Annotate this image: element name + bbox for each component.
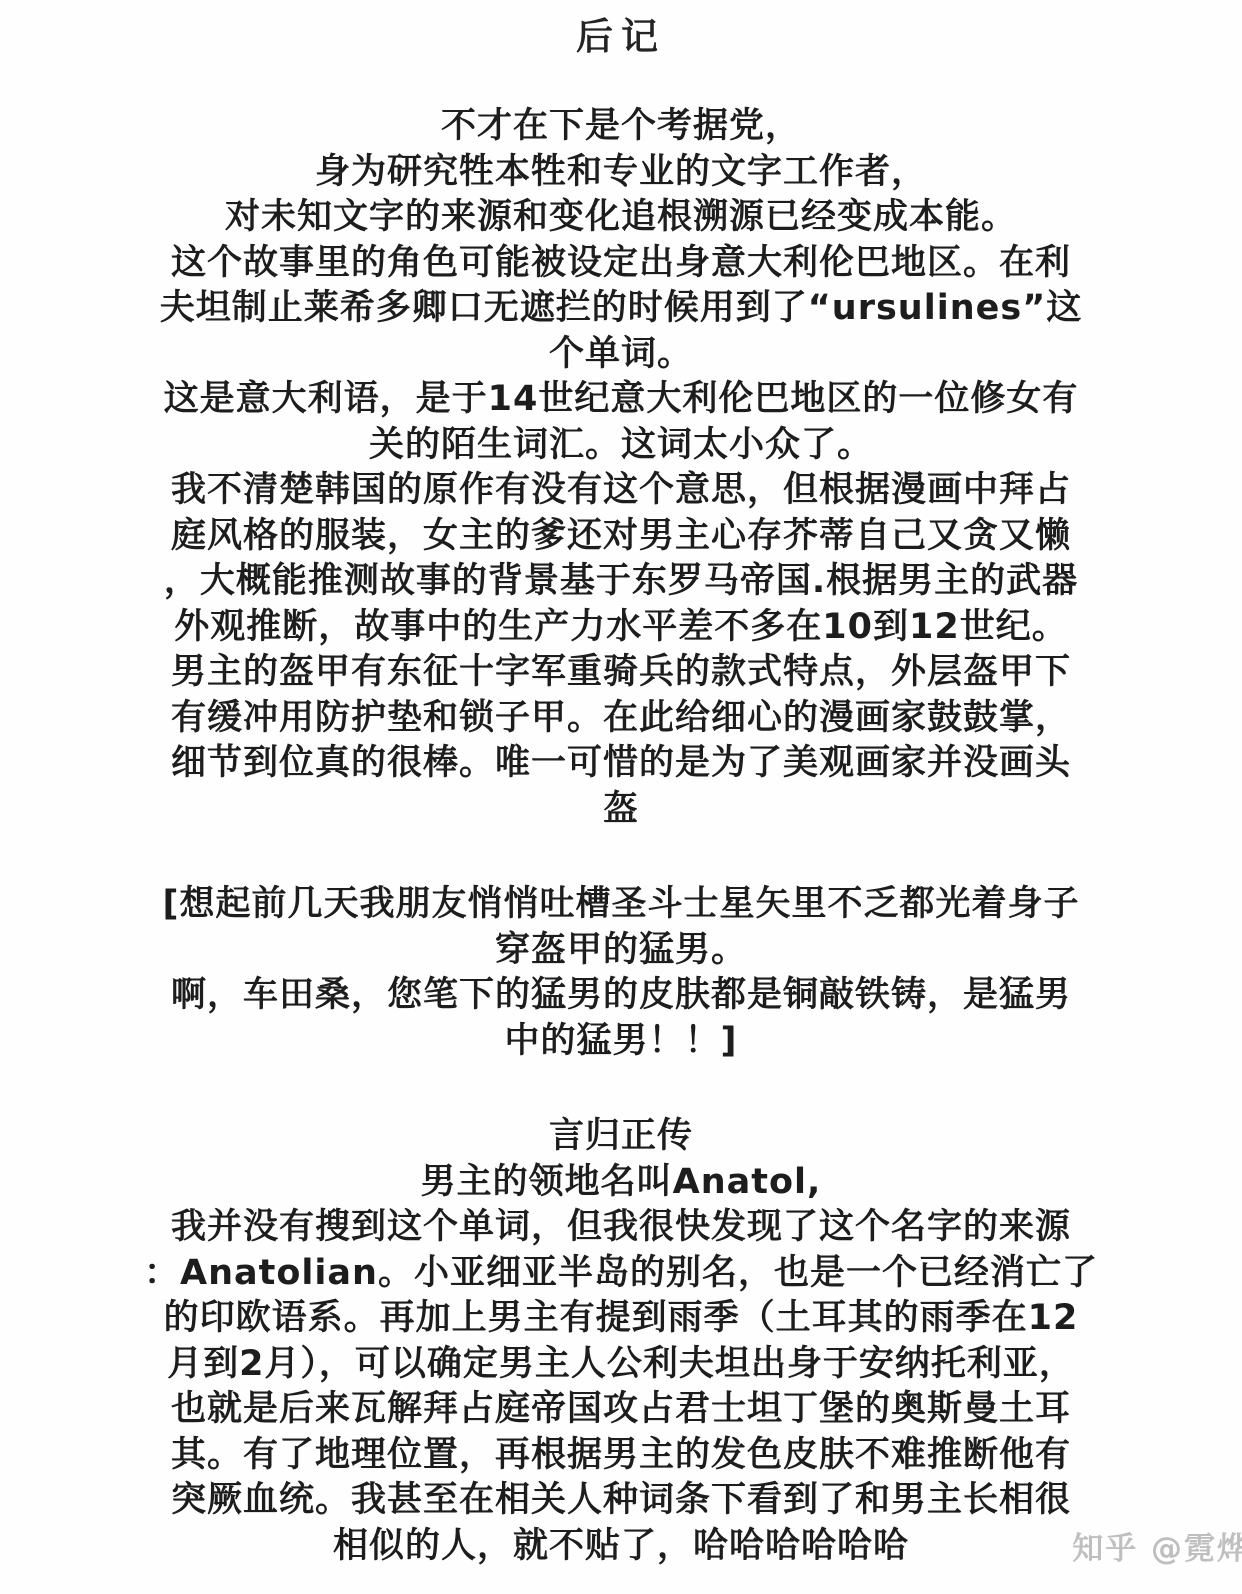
text-line: 穿盔甲的猛男。	[71, 928, 1171, 974]
text-line: 其。有了地理位置，再根据男主的发色皮肤不难推断他有	[71, 1433, 1171, 1479]
text-line: 突厥血统。我甚至在相关人种词条下看到了和男主长相很	[71, 1478, 1171, 1524]
text-line: 这个故事里的角色可能被设定出身意大利伦巴地区。在利	[71, 241, 1171, 287]
text-line: 我不清楚韩国的原作有没有这个意思，但根据漫画中拜占	[71, 468, 1171, 514]
text-line: 啊，车田桑，您笔下的猛男的皮肤都是铜敲铁铸，是猛男	[71, 973, 1171, 1019]
text-line: 有缓冲用防护垫和锁子甲。在此给细心的漫画家鼓鼓掌，	[71, 696, 1171, 742]
text-line: 这是意大利语，是于14世纪意大利伦巴地区的一位修女有	[71, 377, 1171, 423]
text-line: [想起前几天我朋友悄悄吐槽圣斗士星矢里不乏都光着身子	[71, 882, 1171, 928]
text-line: 不才在下是个考据党，	[71, 104, 1171, 150]
document-body: 不才在下是个考据党， 身为研究牲本牲和专业的文字工作者， 对未知文字的来源和变化…	[71, 104, 1171, 1569]
text-line: 相似的人，就不贴了，哈哈哈哈哈哈	[71, 1524, 1171, 1570]
text-line: 言归正传	[71, 1114, 1171, 1160]
text-line: 男主的领地名叫Anatol,	[71, 1160, 1171, 1206]
text-line: 细节到位真的很棒。唯一可惜的是为了美观画家并没画头	[71, 741, 1171, 787]
text-line: ，大概能推测故事的背景基于东罗马帝国.根据男主的武器	[71, 559, 1171, 605]
text-line: 对未知文字的来源和变化追根溯源已经变成本能。	[71, 195, 1171, 241]
text-line: 个单词。	[71, 332, 1171, 378]
text-line: 男主的盔甲有东征十字军重骑兵的款式特点，外层盔甲下	[71, 650, 1171, 696]
text-line: 身为研究牲本牲和专业的文字工作者，	[71, 150, 1171, 196]
zhihu-watermark: 知乎 @霓烨	[1072, 1523, 1242, 1568]
text-line: 我并没有搜到这个单词，但我很快发现了这个名字的来源	[71, 1205, 1171, 1251]
text-line: 庭风格的服装，女主的爹还对男主心存芥蒂自己又贪又懒	[71, 514, 1171, 560]
section-back-to-topic: 言归正传 男主的领地名叫Anatol, 我并没有搜到这个单词，但我很快发现了这个…	[71, 1114, 1171, 1569]
text-line: 的印欧语系。再加上男主有提到雨季（土耳其的雨季在12	[71, 1296, 1171, 1342]
afterword-page: 后记 不才在下是个考据党， 身为研究牲本牲和专业的文字工作者， 对未知文字的来源…	[0, 0, 1242, 1594]
section-research-notes: 不才在下是个考据党， 身为研究牲本牲和专业的文字工作者， 对未知文字的来源和变化…	[71, 104, 1171, 832]
text-line: ：Anatolian。小亚细亚半岛的别名，也是一个已经消亡了	[71, 1251, 1171, 1297]
section-bracket-aside: [想起前几天我朋友悄悄吐槽圣斗士星矢里不乏都光着身子 穿盔甲的猛男。 啊，车田桑…	[71, 882, 1171, 1064]
text-line: 中的猛男！！]	[71, 1019, 1171, 1065]
text-line: 也就是后来瓦解拜占庭帝国攻占君士坦丁堡的奥斯曼土耳	[71, 1387, 1171, 1433]
text-line: 月到2月），可以确定男主人公利夫坦出身于安纳托利亚，	[71, 1342, 1171, 1388]
text-line: 外观推断，故事中的生产力水平差不多在10到12世纪。	[71, 605, 1171, 651]
text-line: 关的陌生词汇。这词太小众了。	[71, 423, 1171, 469]
text-line: 盔	[71, 787, 1171, 833]
text-line: 夫坦制止莱希多卿口无遮拦的时候用到了“ursulines”这	[71, 286, 1171, 332]
page-title: 后记	[0, 6, 1242, 60]
